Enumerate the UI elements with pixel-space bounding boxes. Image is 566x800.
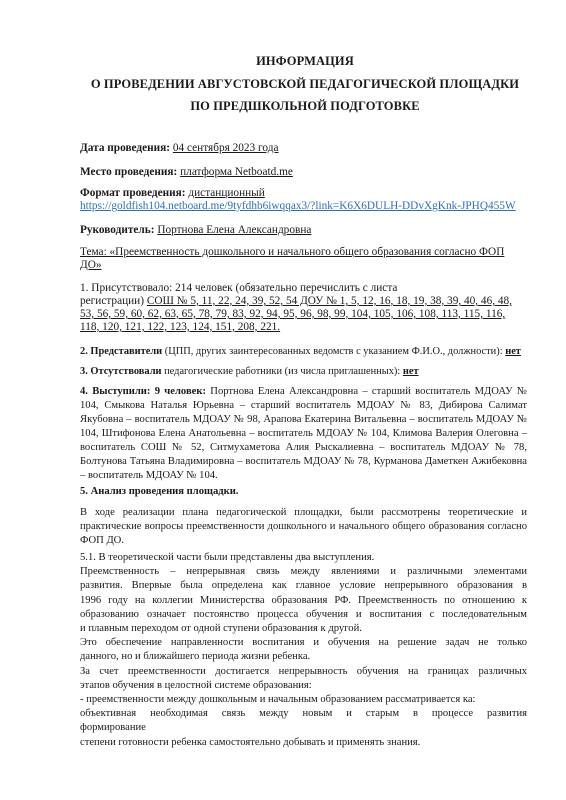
analysis-line: и плавным переходом от одной ступени обр… [80, 622, 527, 636]
place-label: Место проведения: [80, 166, 177, 178]
analysis-line: За счет преемственности достигается непр… [80, 665, 527, 679]
attendance-line-1: 1. Присутствовало: 214 человек (обязател… [80, 281, 397, 295]
analysis-line: развития. Впервые была определена как гл… [80, 579, 527, 593]
speakers-line: воспитатель СОШ № 52, Ситмухаметова Алия… [80, 441, 527, 455]
attendance-list-2: 53, 56, 59, 60, 62, 63, 65, 78, 79, 83, … [80, 307, 505, 321]
analysis-intro-line: ФОП ДО. [80, 534, 527, 548]
leader-label: Руководитель: [80, 224, 154, 236]
absent-text: педагогические работники (из числа пригл… [164, 366, 400, 377]
speakers-line: 4. Выступили: 9 человек: Портнова Елена … [80, 385, 527, 399]
date-label: Дата проведения: [80, 142, 170, 154]
analysis-intro-line: практические вопросы преемственности дош… [80, 520, 527, 534]
format-row: Формат проведения: дистанционный [80, 186, 265, 200]
topic-line-2: ДО» [80, 258, 102, 272]
analysis-line: Преемственность – непрерывная связь межд… [80, 565, 527, 579]
absent-row: 3. Отсутствовали педагогические работник… [80, 365, 419, 379]
analysis-line: 1996 году на коллегии Министерства образ… [80, 594, 527, 608]
analysis-intro-line: В ходе реализации плана педагогической п… [80, 506, 527, 520]
format-link-row: https://goldfish104.netboard.me/9tyfdhb6… [80, 199, 516, 213]
analysis-body: 5.1. В теоретической части были представ… [80, 551, 527, 750]
analysis-intro: В ходе реализации плана педагогической п… [80, 506, 527, 548]
document-subtitle-2: ПО ПРЕДШКОЛЬНОЙ ПОДГОТОВКЕ [80, 99, 530, 114]
place-value: платформа Netboatd.me [180, 166, 293, 178]
speakers-line: Якубовна – воспитатель МДОАУ № 98, Арапо… [80, 413, 527, 427]
place-row: Место проведения: платформа Netboatd.me [80, 165, 293, 179]
date-value: 04 сентября 2023 года [173, 142, 279, 154]
representatives-label: 2. Представители [80, 346, 162, 357]
analysis-line: формирование [80, 721, 527, 735]
speakers-block: 4. Выступили: 9 человек: Портнова Елена … [80, 385, 527, 483]
speakers-line: – воспитатель МДОАУ № 104. [80, 469, 527, 483]
analysis-heading: 5. Анализ проведения площадки. [80, 485, 238, 499]
attendance-list-1: СОШ № 5, 11, 22, 24, 39, 52, 54 ДОУ № 1,… [147, 295, 512, 307]
analysis-line: степени готовности ребенка самостоятельн… [80, 736, 527, 750]
analysis-line: образованию означает постоянство процесс… [80, 608, 527, 622]
analysis-line: объективная необходимая связь между новы… [80, 707, 527, 721]
attendance-line-2: регистрации) СОШ № 5, 11, 22, 24, 39, 52… [80, 294, 512, 308]
leader-value: Портнова Елена Александровна [157, 224, 311, 236]
speakers-line: Болтунова Татьяна Владимировна – воспита… [80, 455, 527, 469]
representatives-value: нет [505, 346, 521, 357]
representatives-text: (ЦПП, других заинтересованных ведомств с… [165, 346, 503, 357]
analysis-line: данного, но и ближайшего периода жизни р… [80, 650, 527, 664]
absent-label: 3. Отсутствовали [80, 366, 162, 377]
speakers-line: 104, Штифонова Елена Анатольевна – воспи… [80, 427, 527, 441]
analysis-line: этапов обучения в целостной системе обра… [80, 679, 527, 693]
leader-row: Руководитель: Портнова Елена Александров… [80, 223, 311, 237]
absent-value: нет [403, 366, 419, 377]
netboard-link[interactable]: https://goldfish104.netboard.me/9tyfdhb6… [80, 200, 516, 212]
date-row: Дата проведения: 04 сентября 2023 года [80, 141, 278, 155]
analysis-line: - преемственности между дошкольным и нач… [80, 693, 527, 707]
format-label: Формат проведения: [80, 187, 186, 199]
analysis-line: Это обеспечение направленности воспитани… [80, 636, 527, 650]
attendance-prefix: регистрации) [80, 295, 144, 307]
speakers-label: 4. Выступили: 9 человек: [80, 386, 206, 397]
document-title: ИНФОРМАЦИЯ [80, 54, 530, 69]
speakers-line: 104, Смыкова Наталья Юрьевна – старший в… [80, 399, 527, 413]
attendance-list-3: 118, 120, 121, 122, 123, 124, 151, 208, … [80, 320, 280, 334]
document-subtitle: О ПРОВЕДЕНИИ АВГУСТОВСКОЙ ПЕДАГОГИЧЕСКОЙ… [80, 77, 530, 92]
representatives-row: 2. Представители (ЦПП, других заинтересо… [80, 345, 521, 359]
analysis-line: 5.1. В теоретической части были представ… [80, 551, 527, 565]
format-value: дистанционный [188, 187, 264, 199]
topic-line-1: Тема: «Преемственность дошкольного и нач… [80, 245, 504, 259]
